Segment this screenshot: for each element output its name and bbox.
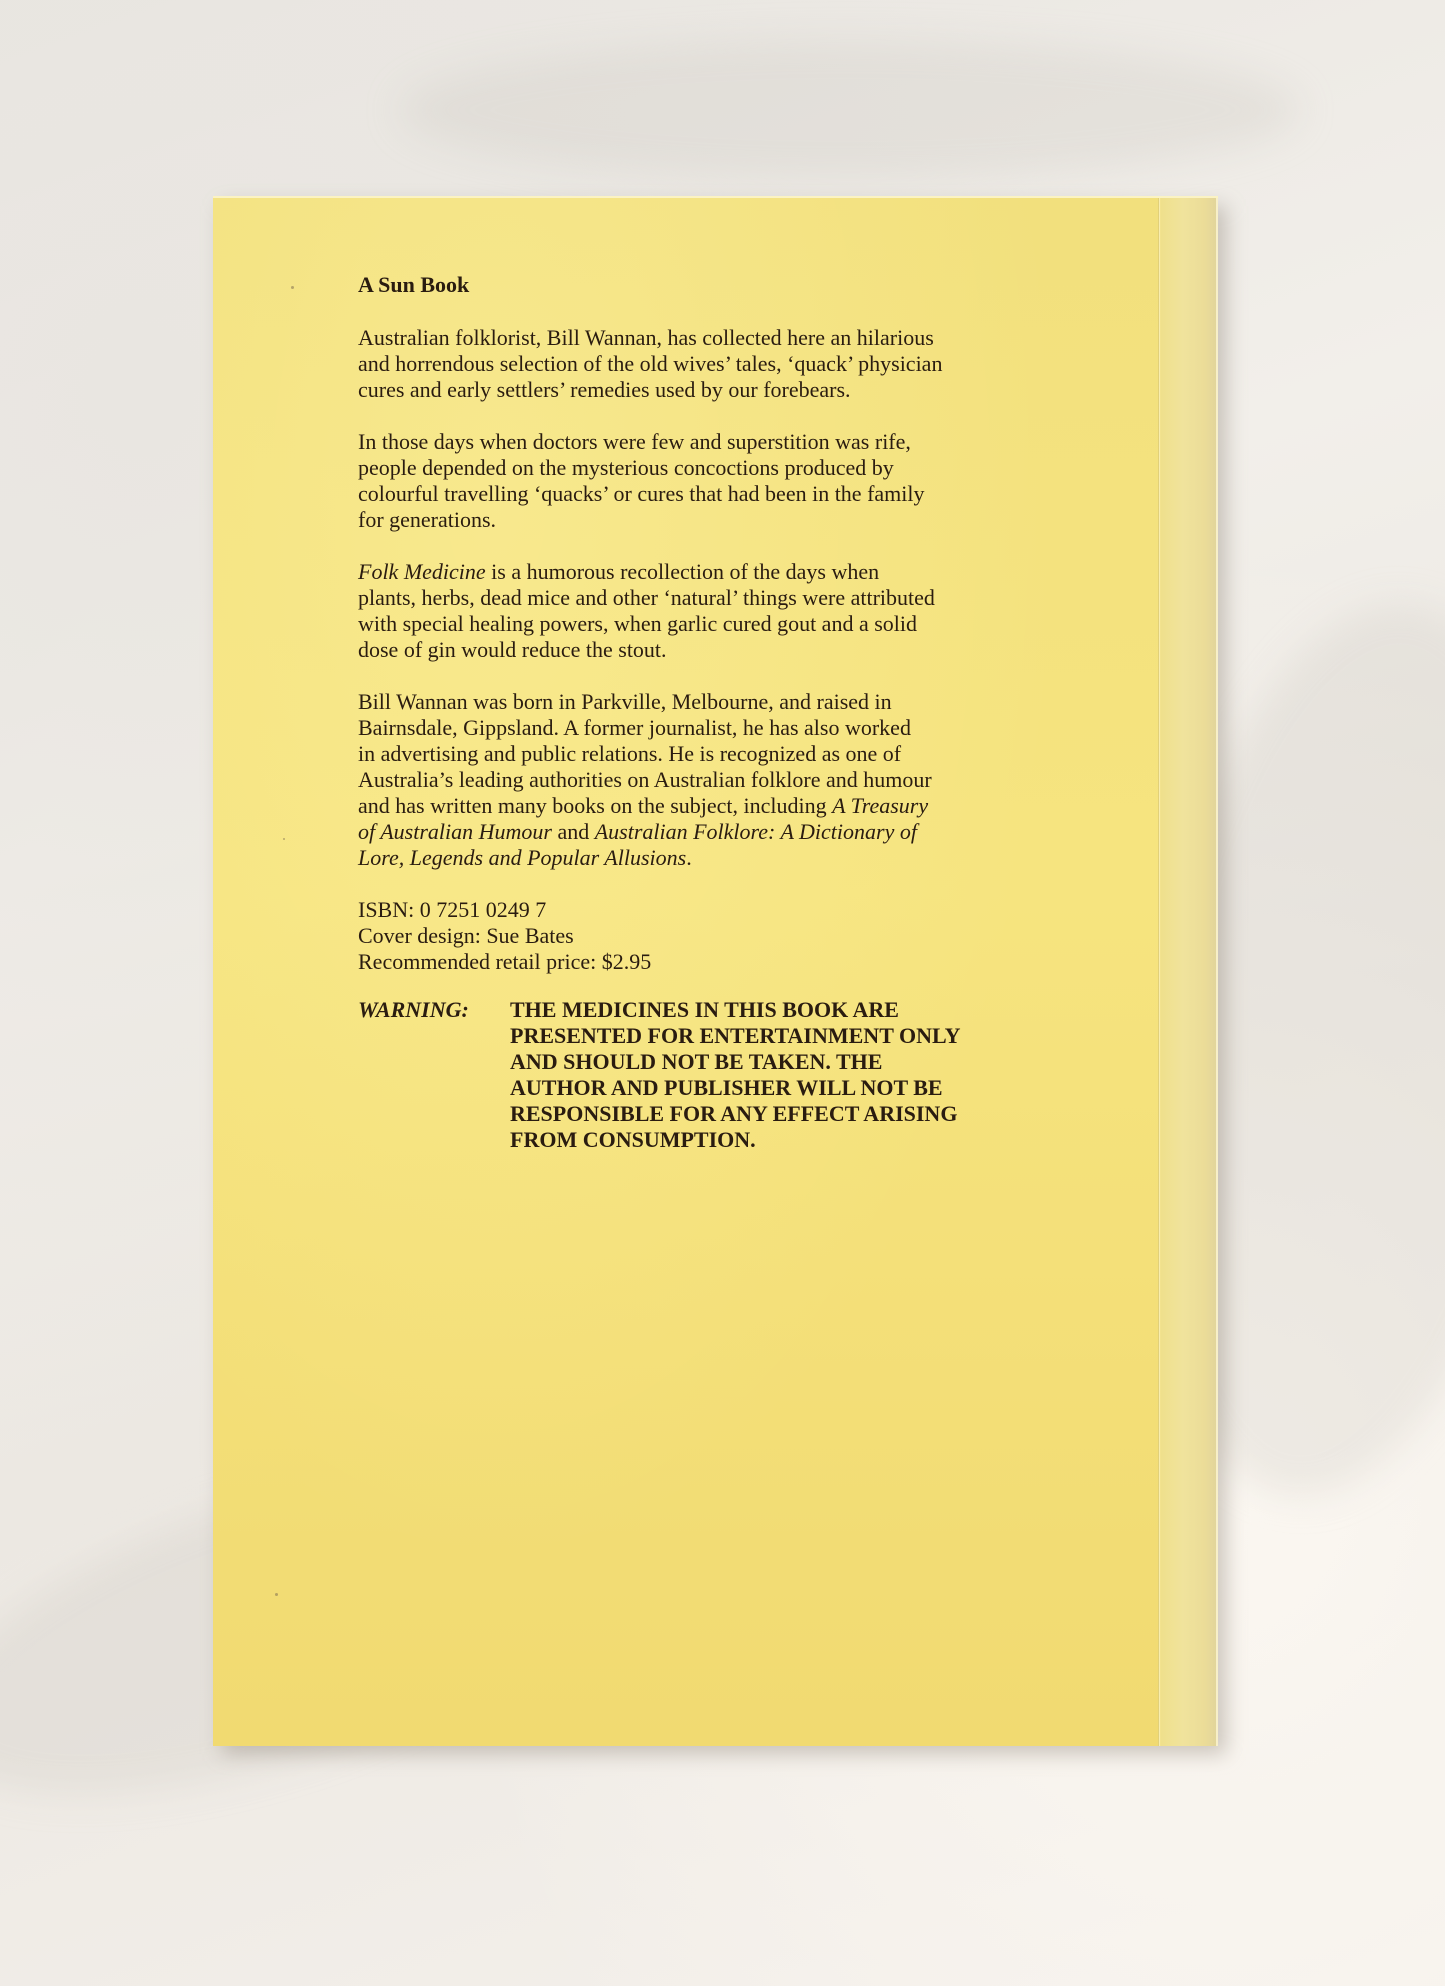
other-title: A Treasury (832, 793, 928, 818)
publication-details: ISBN: 0 7251 0249 7 Cover design: Sue Ba… (358, 897, 1098, 975)
warning-text: THE MEDICINES IN THIS BOOK ARE PRESENTED… (510, 997, 961, 1153)
paper-speck (283, 838, 285, 840)
other-title: Lore, Legends and Popular Allusions (358, 845, 686, 870)
paper-speck (291, 286, 294, 289)
other-title: Australian Folklore: A Dictionary of (595, 819, 917, 844)
blurb-paragraph-3: Folk Medicine is a humorous recollection… (358, 559, 1098, 663)
warning-notice: WARNING: THE MEDICINES IN THIS BOOK ARE … (358, 997, 1098, 1153)
other-title: of Australian Humour (358, 819, 552, 844)
publisher-imprint: A Sun Book (358, 272, 1098, 298)
retail-price: Recommended retail price: $2.95 (358, 949, 1098, 975)
book-spine (1161, 198, 1218, 1746)
author-bio: Bill Wannan was born in Parkville, Melbo… (358, 689, 1098, 871)
cover-panel: A Sun Book Australian folklorist, Bill W… (213, 198, 1158, 1746)
warning-label: WARNING: (358, 997, 510, 1153)
isbn: ISBN: 0 7251 0249 7 (358, 897, 1098, 923)
cover-design-credit: Cover design: Sue Bates (358, 923, 1098, 949)
blurb-paragraph-2: In those days when doctors were few and … (358, 429, 1098, 533)
book-title: Folk Medicine (358, 559, 486, 584)
book-back-cover: A Sun Book Australian folklorist, Bill W… (213, 196, 1218, 1746)
blurb-paragraph-1: Australian folklorist, Bill Wannan, has … (358, 325, 1098, 403)
cloth-fold (400, 40, 1300, 180)
paper-speck (275, 1593, 278, 1596)
blurb-text: A Sun Book Australian folklorist, Bill W… (358, 272, 1098, 1153)
